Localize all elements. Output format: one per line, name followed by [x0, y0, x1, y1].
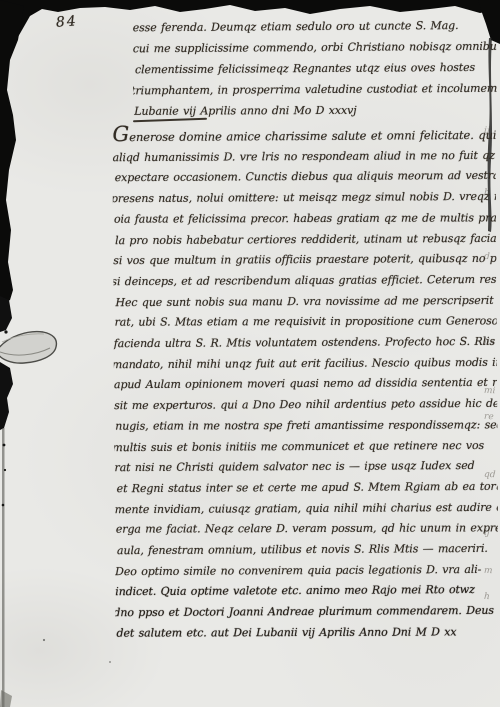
manuscript-line: rat, ubi S. Mtas etiam a me requisivit i…	[115, 312, 498, 334]
manuscript-line: apud Aulam opinionem moveri quasi nemo a…	[114, 373, 497, 396]
scan-border-left-blob-lower	[0, 362, 13, 430]
manuscript-line: Generose domine amice charissime salute …	[112, 122, 495, 148]
manuscript-line: multis suis et bonis initiis me communic…	[112, 435, 495, 458]
scan-border-left-line	[2, 428, 5, 707]
margin-mark: qd	[484, 470, 496, 481]
manuscript-line: presens natus, nolui omittere: ut meisqz…	[112, 187, 494, 210]
manuscript-line: sit me experturos. qui a Dno Deo nihil a…	[114, 394, 497, 417]
manuscript-line: mente invidiam, cuiusqz gratiam, quia ni…	[115, 497, 498, 520]
manuscript-line: esse ferenda. Deumqz etiam sedulo oro ut…	[133, 16, 497, 39]
manuscript-line: erga me faciat. Neqz celare D. veram pos…	[116, 519, 499, 541]
manuscript-line: rat nisi ne Christi quidem salvator nec …	[114, 456, 497, 479]
manuscript-line: nugis, etiam in me nostra spe freti aman…	[115, 415, 498, 437]
margin-mark: h	[484, 592, 490, 602]
manuscript-line: aliqd humanissimis D. vre lris no respon…	[113, 146, 496, 169]
margin-mark: m	[484, 566, 493, 576]
paper-tab	[0, 332, 56, 364]
manuscript-line: clementissime felicissimeqz Regnantes ut…	[135, 58, 497, 81]
margin-mark: d	[484, 252, 490, 262]
margin-mark: re	[484, 412, 494, 422]
margin-mark: ij	[484, 126, 490, 136]
manuscript-line: oia fausta et felicissima precor. habeas…	[114, 208, 497, 230]
margin-mark: lis	[484, 338, 495, 349]
manuscript-line: facienda ultra S. R. Mtis voluntatem ost…	[114, 332, 497, 355]
manuscript-line: aula, fenestram omnium, utilibus et novi…	[117, 539, 499, 562]
manuscript-line: Deo optimo simile no convenirem quia pac…	[115, 560, 498, 583]
manuscript-line: mandato, nihil mihi unqz fuit aut erit f…	[112, 353, 495, 376]
margin-mark: ij	[484, 528, 490, 538]
margin-mark: h	[484, 188, 490, 198]
manuscript-dateline: det salutem etc. aut Dei Lubanii vij Apr…	[116, 622, 498, 644]
manuscript-page: 84 esse ferenda. Deumqz etiam sedulo oro…	[0, 0, 500, 707]
scan-border-left-blob-upper	[0, 296, 12, 332]
manuscript-line: triumphantem, in prosperrima valetudine …	[133, 78, 496, 101]
manuscript-line: la pro nobis habebatur certiores reddide…	[115, 228, 498, 251]
manuscript-line: dno ppso et Doctori Joanni Andreae pluri…	[113, 601, 496, 624]
manuscript-line: indicet. Quia optime valetote etc. animo…	[115, 580, 498, 603]
letter-body-block: Generose domine amice charissime salute …	[112, 122, 498, 645]
scan-border-left-edge	[0, 0, 24, 305]
closing-block: esse ferenda. Deumqz etiam sedulo oro ut…	[133, 16, 498, 123]
margin-mark: mi	[484, 386, 496, 397]
manuscript-line: expectare occasionem. Cunctis diebus qua…	[115, 166, 498, 189]
manuscript-line: Hec que sunt nobis sua manu D. vra novis…	[115, 290, 498, 313]
page-number: 84	[55, 13, 78, 30]
manuscript-line: et Regni status inter se et certe me apu…	[117, 477, 499, 500]
scan-speckles	[2, 330, 111, 663]
manuscript-line: si deinceps, et ad rescribendum aliquas …	[112, 270, 494, 293]
manuscript-line: si vos que multum in gratiis officiis pr…	[113, 249, 496, 272]
manuscript-line: cui me supplicissime commendo, orbi Chri…	[133, 37, 497, 60]
scan-border-bottom-left	[0, 690, 12, 707]
